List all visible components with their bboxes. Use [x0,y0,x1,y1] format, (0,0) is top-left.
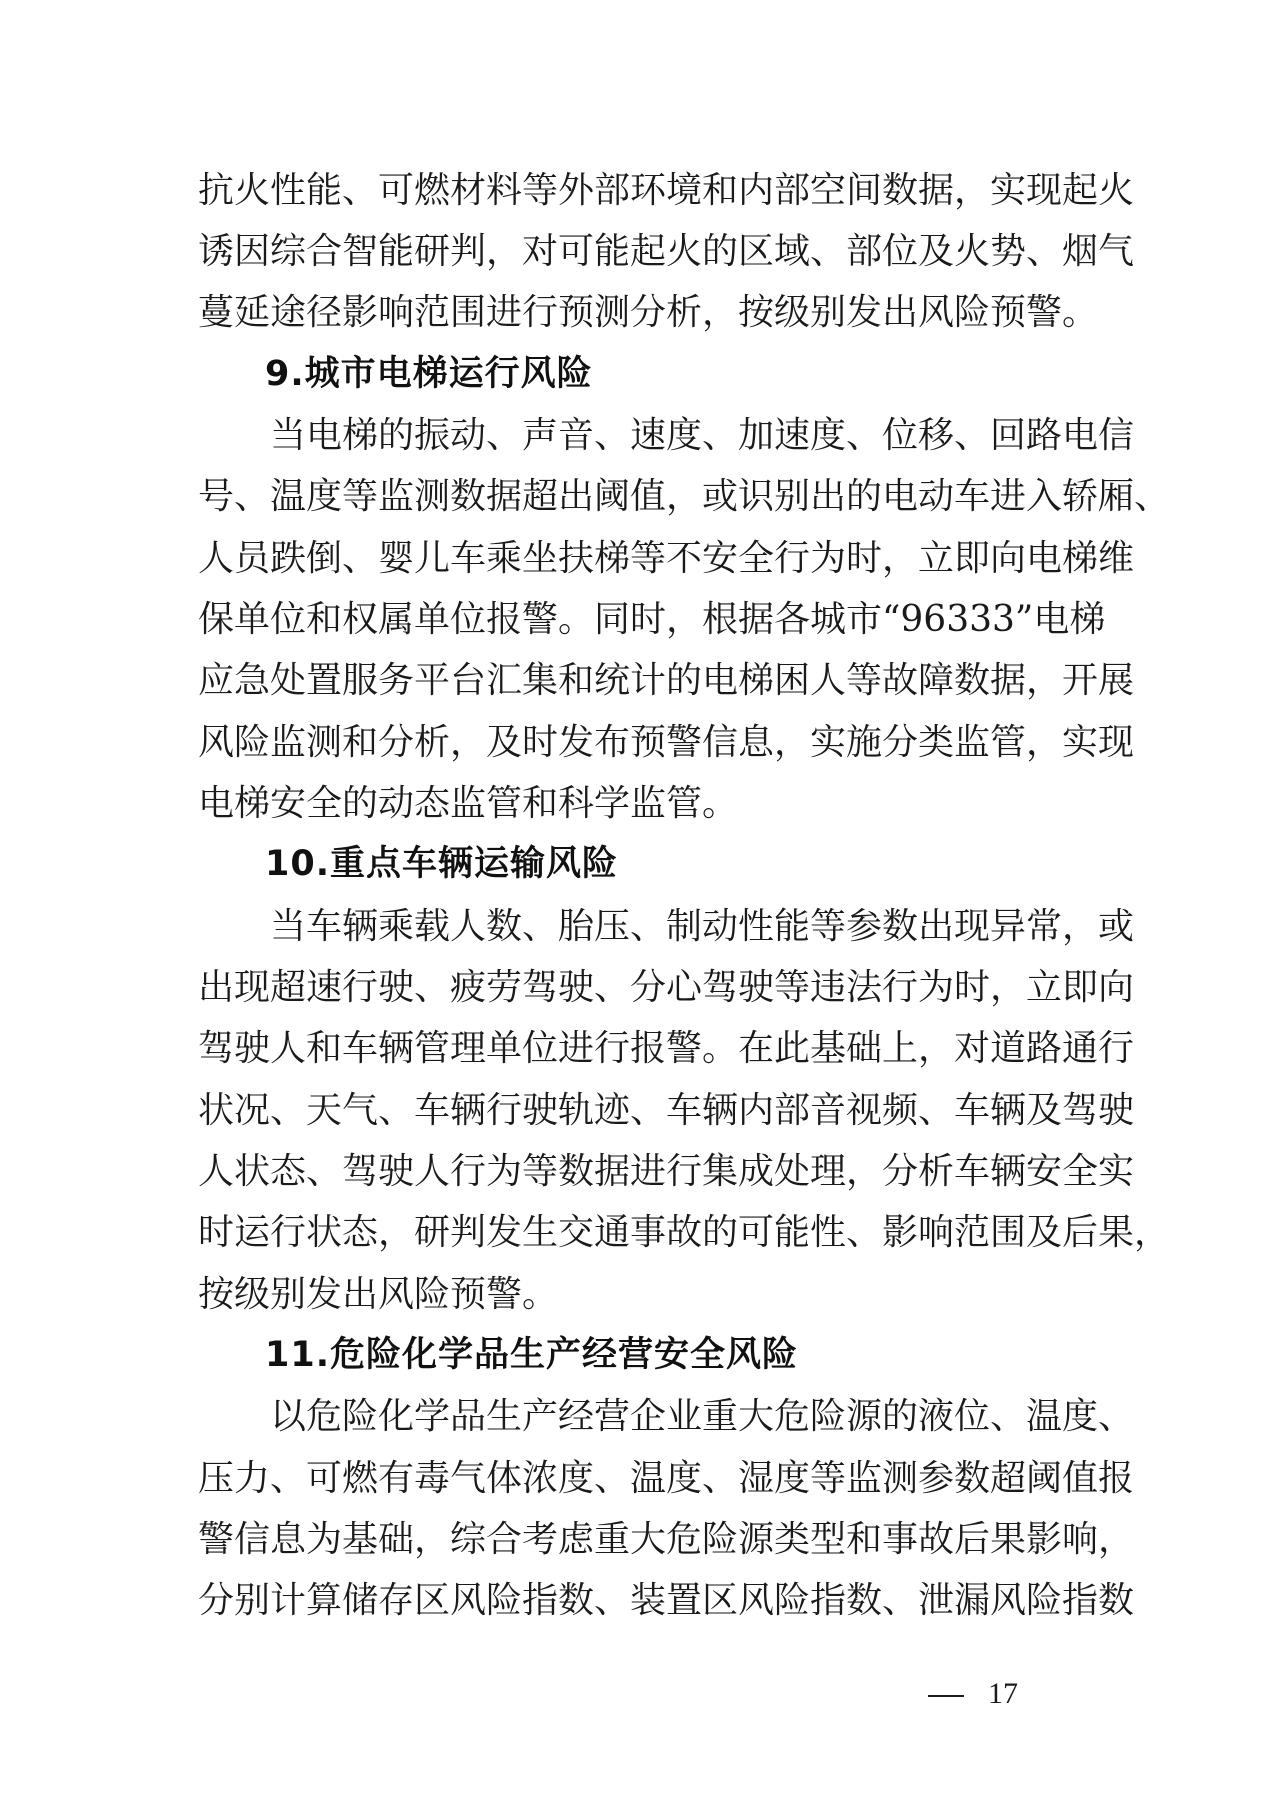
body-line: 按级别发出风险预警。 [198,1264,1094,1325]
body-line: 警信息为基础，综合考虑重大危险源类型和事故后果影响， [198,1509,1094,1570]
body-line: 状况、天气、车辆行驶轨迹、车辆内部音视频、车辆及驾驶 [198,1080,1094,1141]
body-line: 出现超速行驶、疲劳驾驶、分心驾驶等违法行为时，立即向 [198,957,1094,1018]
body-line: 电梯安全的动态监管和科学监管。 [198,773,1094,834]
body-line: 人状态、驾驶人行为等数据进行集成处理，分析车辆安全实 [198,1141,1094,1202]
section-heading-9: 9.城市电梯运行风险 [265,344,593,405]
body-line: 时运行状态，研判发生交通事故的可能性、影响范围及后果， [198,1202,1094,1263]
body-line: 压力、可燃有毒气体浓度、温度、湿度等监测参数超阈值报 [198,1448,1094,1509]
body-line: 抗火性能、可燃材料等外部环境和内部空间数据，实现起火 [198,160,1094,221]
body-line: 诱因综合智能研判，对可能起火的区域、部位及火势、烟气 [198,221,1094,282]
body-line: 保单位和权属单位报警。同时，根据各城市“96333”电梯 [198,589,1094,650]
paragraph-first-line: 以危险化学品生产经营企业重大危险源的液位、温度、 [270,1386,1094,1447]
page-number-dash [928,1695,964,1697]
body-line: 蔓延途径影响范围进行预测分析，按级别发出风险预警。 [198,282,1094,343]
body-line: 人员跌倒、婴儿车乘坐扶梯等不安全行为时，立即向电梯维 [198,528,1094,589]
page-number-value: 17 [988,1677,1018,1710]
paragraph-first-line: 当车辆乘载人数、胎压、制动性能等参数出现异常，或 [270,896,1094,957]
body-line: 应急处置服务平台汇集和统计的电梯困人等故障数据，开展 [198,650,1094,711]
paragraph-first-line: 当电梯的振动、声音、速度、加速度、位移、回路电信 [270,405,1094,466]
page-number: 17 [928,1672,1018,1716]
body-line: 驾驶人和车辆管理单位进行报警。在此基础上，对道路通行 [198,1018,1094,1079]
section-heading-10: 10.重点车辆运输风险 [265,834,618,895]
body-line: 号、温度等监测数据超出阈值，或识别出的电动车进入轿厢、 [198,466,1094,527]
section-heading-11: 11.危险化学品生产经营安全风险 [265,1325,798,1386]
body-line: 风险监测和分析，及时发布预警信息，实施分类监管，实现 [198,712,1094,773]
document-page: 抗火性能、可燃材料等外部环境和内部空间数据，实现起火 诱因综合智能研判，对可能起… [0,0,1280,1810]
body-line: 分别计算储存区风险指数、装置区风险指数、泄漏风险指数 [198,1570,1094,1631]
